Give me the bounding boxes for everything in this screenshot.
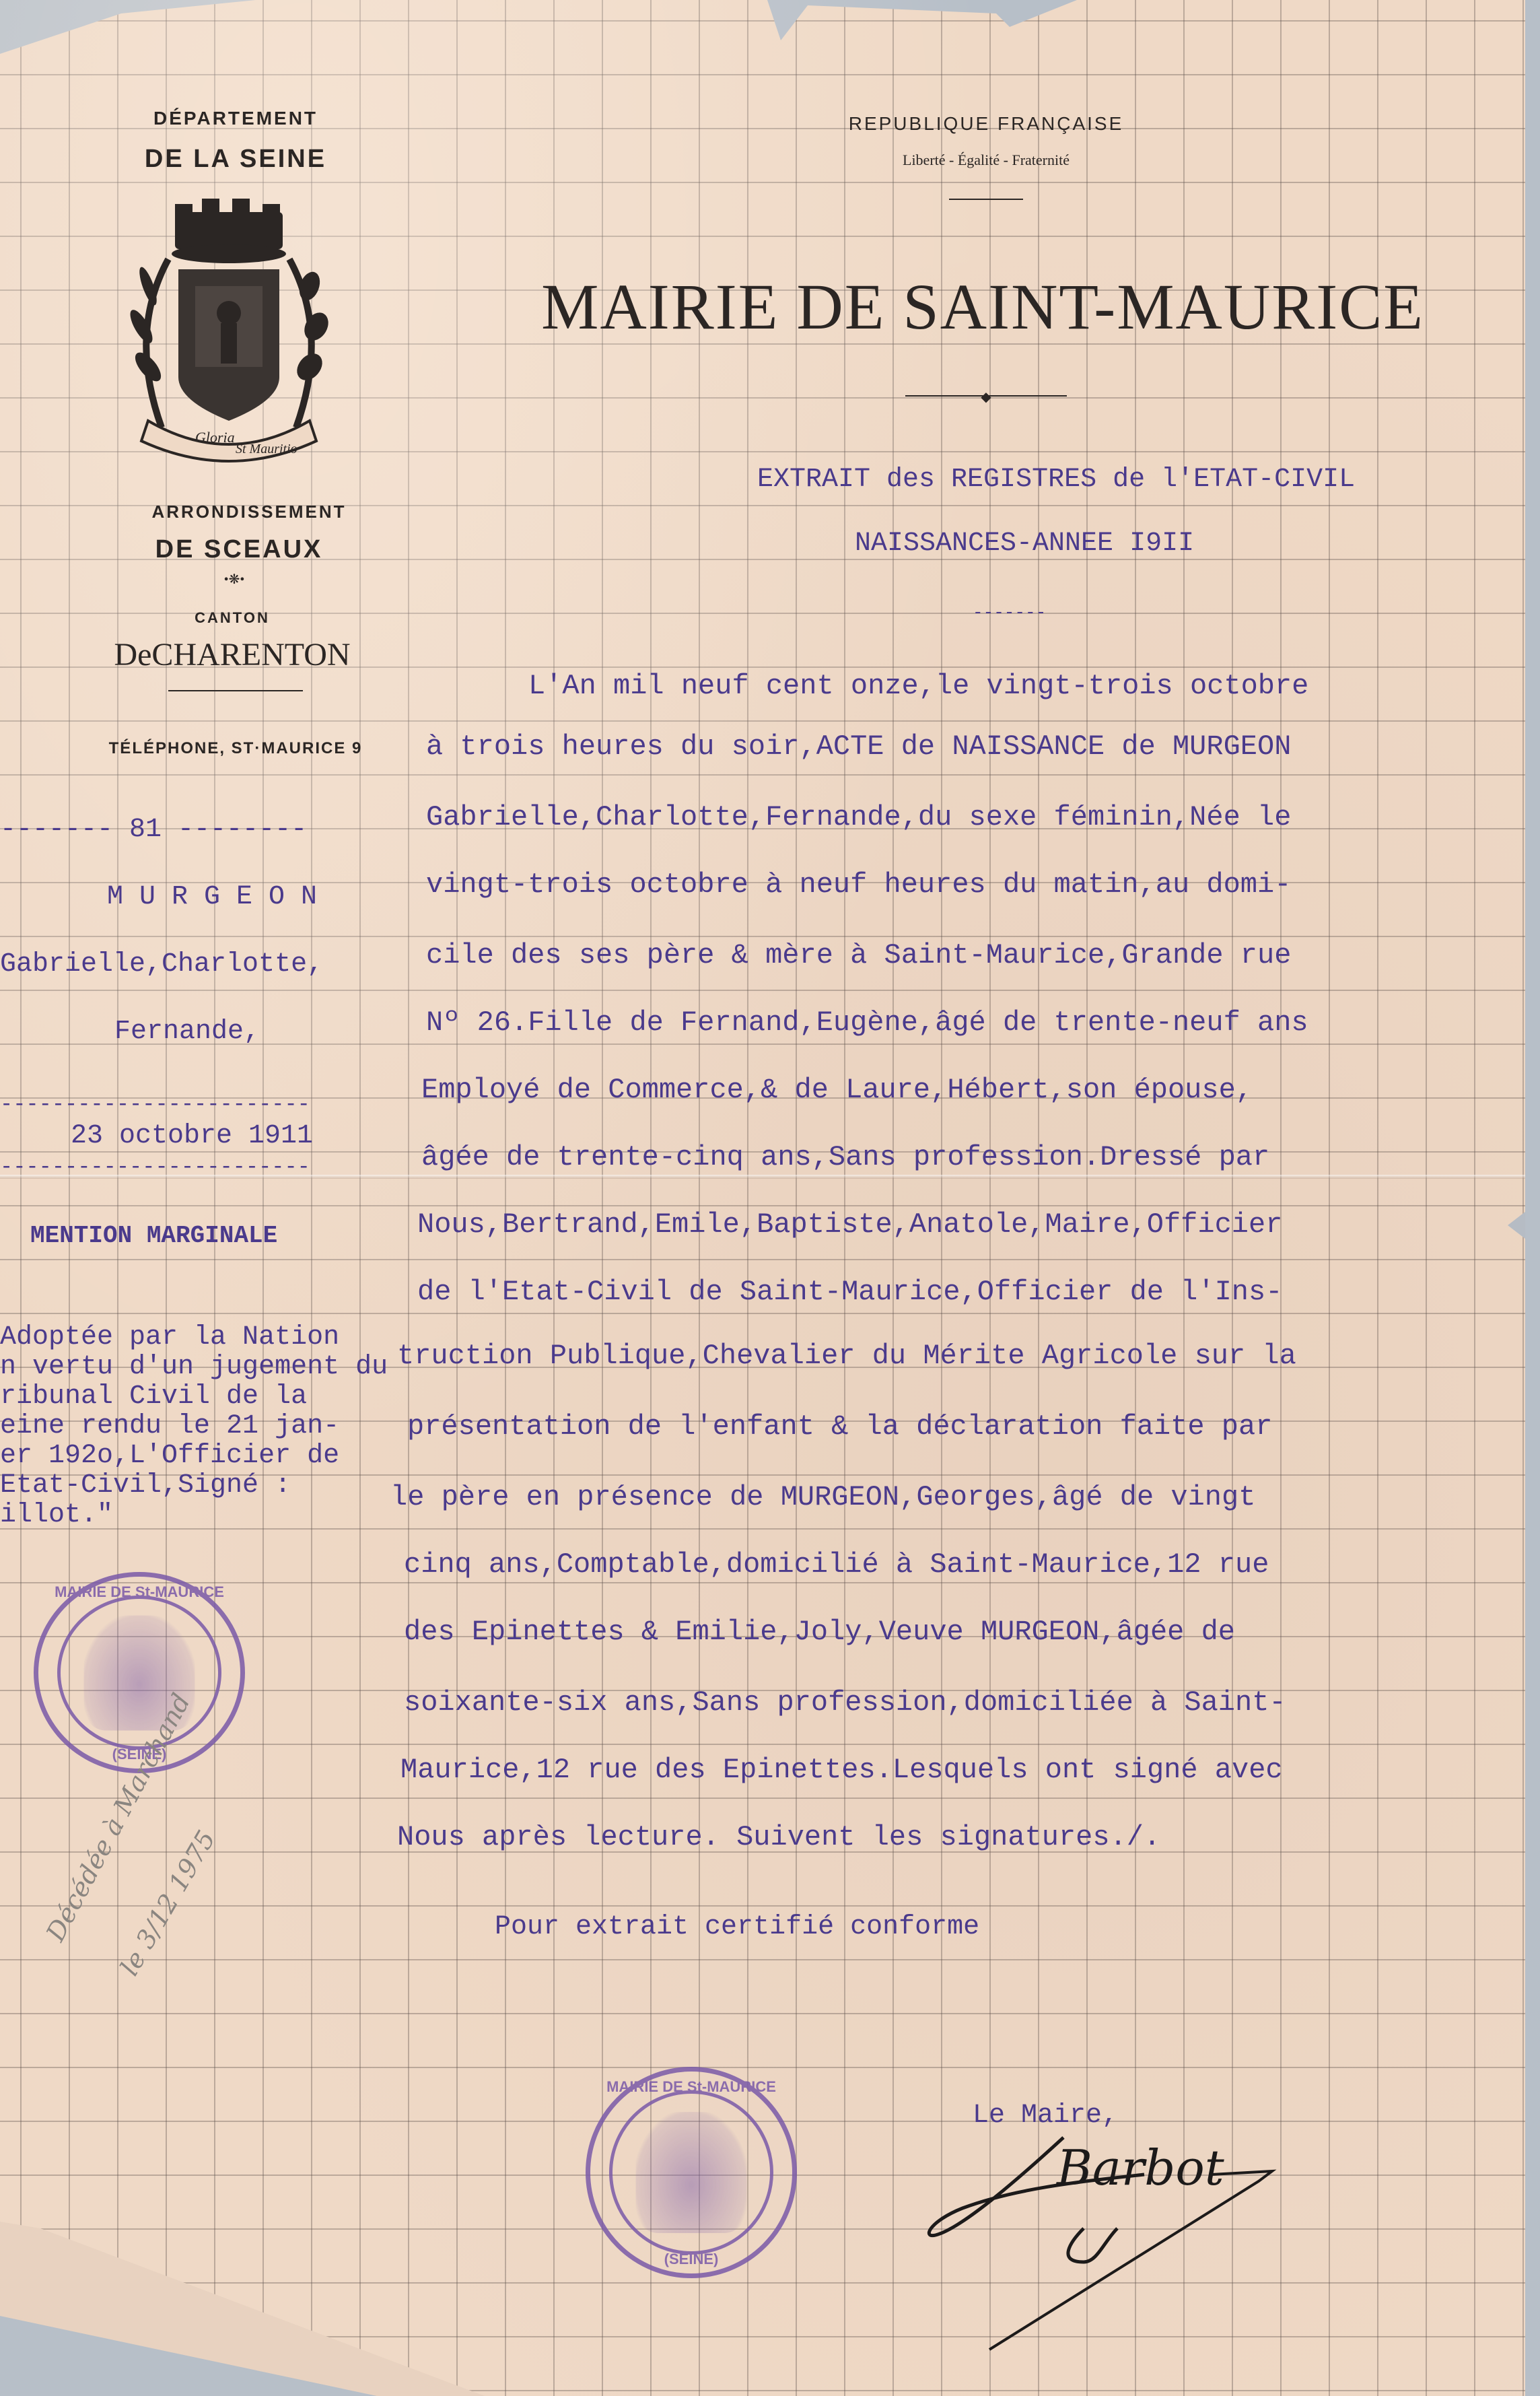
body-line: cile des ses père & mère à Saint-Maurice… xyxy=(426,939,1291,971)
margin-given-names-2: Fernande, xyxy=(114,1017,260,1047)
body-line: cinq ans,Comptable,domicilié à Saint-Mau… xyxy=(404,1548,1269,1581)
extract-separator: ------- xyxy=(973,603,1046,623)
body-line: Nº 26.Fille de Fernand,Eugène,âgé de tre… xyxy=(426,1006,1308,1039)
body-line: Nous après lecture. Suivent les signatur… xyxy=(397,1821,1160,1853)
body-line: de l'Etat-Civil de Saint-Maurice,Officie… xyxy=(417,1276,1282,1308)
margin-date: 23 octobre 1911 xyxy=(71,1121,313,1151)
body-line: à trois heures du soir,ACTE de NAISSANCE… xyxy=(426,730,1291,763)
body-line: soixante-six ans,Sans profession,domicil… xyxy=(404,1686,1286,1719)
body-line: Gabrielle,Charlotte,Fernande,du sexe fém… xyxy=(426,801,1291,833)
body-line: truction Publique,Chevalier du Mérite Ag… xyxy=(397,1340,1296,1372)
margin-rule: ------------------------ xyxy=(0,1092,310,1117)
certification: Pour extrait certifié conforme xyxy=(495,1912,979,1942)
body-line: vingt-trois octobre à neuf heures du mat… xyxy=(426,868,1291,901)
departement-label: DÉPARTEMENT xyxy=(153,108,318,129)
body-line: présentation de l'enfant & la déclaratio… xyxy=(407,1410,1272,1443)
departement-name: DE LA SEINE xyxy=(145,145,326,174)
extract-subheading: NAISSANCES-ANNEE I9II xyxy=(855,528,1194,559)
body-line: des Epinettes & Emilie,Joly,Veuve MURGEO… xyxy=(404,1616,1235,1648)
margin-given-names: Gabrielle,Charlotte, xyxy=(0,949,323,980)
body-line: L'An mil neuf cent onze,le vingt-trois o… xyxy=(528,670,1308,702)
svg-text:Gloria: Gloria xyxy=(195,429,235,446)
body-line: Employé de Commerce,& de Laure,Hébert,so… xyxy=(421,1074,1253,1106)
body-line: le père en présence de MURGEON,Georges,â… xyxy=(390,1481,1255,1513)
mairie-stamp-icon: MAIRIE DE St-MAURICE (SEINE) xyxy=(586,2067,797,2278)
svg-text:St Mauritio: St Mauritio xyxy=(236,442,297,456)
arrondissement-label: ARRONDISSEMENT xyxy=(151,502,346,522)
body-line: Nous,Bertrand,Emile,Baptiste,Anatole,Mai… xyxy=(417,1208,1282,1241)
mention-marginale-title: MENTION MARGINALE xyxy=(30,1222,277,1250)
act-number: ------- 81 -------- xyxy=(0,815,307,845)
canton-label: CANTON xyxy=(195,609,270,627)
mayor-signature: Barbot xyxy=(922,2134,1339,2356)
divider-ornament xyxy=(168,690,303,691)
canton-name: DeCHARENTON xyxy=(114,636,350,673)
body-line: âgée de trente-cinq ans,Sans profession.… xyxy=(421,1141,1269,1173)
page-title: MAIRIE DE SAINT-MAURICE xyxy=(541,269,1424,344)
svg-text:Barbot: Barbot xyxy=(1055,2140,1225,2196)
diamond-ornament-icon: ◆ xyxy=(981,388,991,405)
telephone: TÉLÉPHONE, ST·MAURICE 9 xyxy=(109,739,363,758)
arrondissement-name: DE SCEAUX xyxy=(155,535,323,564)
margin-rule-2: ------------------------ xyxy=(0,1155,310,1179)
republic-motto: Liberté - Égalité - Fraternité xyxy=(903,151,1070,169)
margin-surname: M U R G E O N xyxy=(107,882,317,912)
republic-label: REPUBLIQUE FRANÇAISE xyxy=(849,113,1124,135)
mention-marginale-text: Adoptée par la Nation n vertu d'un jugem… xyxy=(0,1323,388,1530)
coat-of-arms-icon: Gloria St Mauritio xyxy=(101,199,357,475)
extract-heading: EXTRAIT des REGISTRES de l'ETAT-CIVIL xyxy=(757,465,1355,495)
ornament-icon: •❋• xyxy=(224,571,245,588)
divider-ornament xyxy=(949,199,1023,200)
mairie-stamp-icon: MAIRIE DE St-MAURICE (SEINE) xyxy=(34,1572,245,1773)
signatory-title: Le Maire, xyxy=(973,2100,1118,2131)
body-line: Maurice,12 rue des Epinettes.Lesquels on… xyxy=(400,1754,1283,1786)
